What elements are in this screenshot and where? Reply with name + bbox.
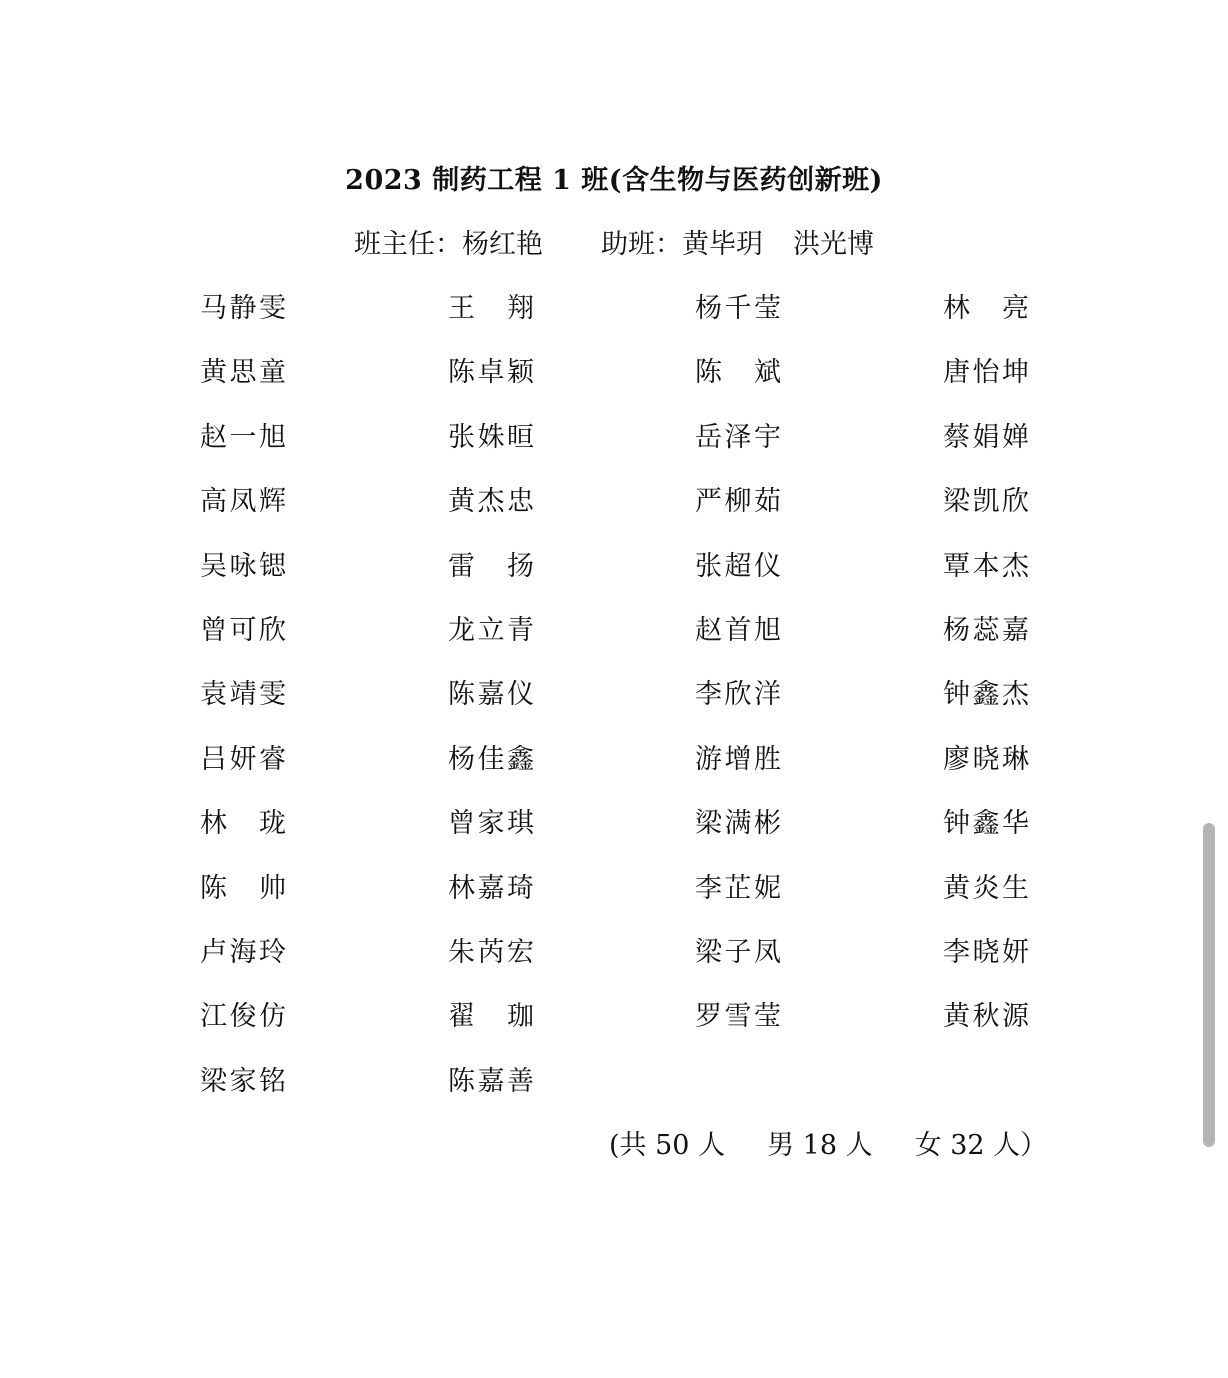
roster-row: 黄思童 陈卓颖 陈斌 唐怡坤 <box>200 354 1040 418</box>
student-name: 游增胜 <box>695 741 781 779</box>
summary-close-paren: ） <box>1020 1130 1047 1161</box>
student-name: 林亮 <box>943 290 1029 328</box>
head-teacher-label: 班主任： <box>354 229 462 260</box>
student-name: 林珑 <box>200 805 286 843</box>
student-name: 袁靖雯 <box>200 676 286 714</box>
student-name: 梁家铭 <box>200 1063 286 1101</box>
student-name: 蔡娟婵 <box>943 419 1029 457</box>
student-name: 黄思童 <box>200 354 286 392</box>
student-name: 龙立青 <box>448 612 534 650</box>
student-name: 陈嘉仪 <box>448 676 534 714</box>
student-name: 覃本杰 <box>943 548 1029 586</box>
roster-row: 马静雯 王翔 杨千莹 林亮 <box>200 290 1040 354</box>
student-name: 曾可欣 <box>200 612 286 650</box>
student-name: 廖晓琳 <box>943 741 1029 779</box>
student-name: 高凤辉 <box>200 483 286 521</box>
student-name: 罗雪莹 <box>695 998 781 1036</box>
student-name: 陈斌 <box>695 354 781 392</box>
student-name: 马静雯 <box>200 290 286 328</box>
student-name: 赵一旭 <box>200 419 286 457</box>
student-name: 朱芮宏 <box>448 934 534 972</box>
roster-row: 赵一旭 张姝晅 岳泽宇 蔡娟婵 <box>200 419 1040 483</box>
student-name: 岳泽宇 <box>695 419 781 457</box>
student-name: 严柳茹 <box>695 483 781 521</box>
student-name: 梁满彬 <box>695 805 781 843</box>
roster-row: 卢海玲 朱芮宏 梁子凤 李晓妍 <box>200 934 1040 998</box>
student-name: 唐怡坤 <box>943 354 1029 392</box>
student-name: 陈帅 <box>200 870 286 908</box>
student-name: 张姝晅 <box>448 419 534 457</box>
student-name: 黄炎生 <box>943 870 1029 908</box>
student-name: 王翔 <box>448 290 534 328</box>
student-name: 钟鑫杰 <box>943 676 1029 714</box>
student-name: 翟珈 <box>448 998 534 1036</box>
roster-row: 高凤辉 黄杰忠 严柳茹 梁凯欣 <box>200 483 1040 547</box>
student-name: 黄秋源 <box>943 998 1029 1036</box>
assistant-name-1: 黄毕玥 <box>682 229 763 260</box>
summary-total: 共 50 人 <box>620 1130 726 1161</box>
student-name: 李芷妮 <box>695 870 781 908</box>
student-name: 杨蕊嘉 <box>943 612 1029 650</box>
summary-male: 男 18 人 <box>767 1130 873 1161</box>
student-name: 张超仪 <box>695 548 781 586</box>
student-roster: 马静雯 王翔 杨千莹 林亮 黄思童 陈卓颖 陈斌 唐怡坤 赵一旭 张姝晅 岳泽宇… <box>200 290 1040 1127</box>
roster-row: 曾可欣 龙立青 赵首旭 杨蕊嘉 <box>200 612 1040 676</box>
roster-row: 吕妍睿 杨佳鑫 游增胜 廖晓琳 <box>200 741 1040 805</box>
student-name: 赵首旭 <box>695 612 781 650</box>
document-title: 2023 制药工程 1 班(含生物与医药创新班) <box>0 162 1228 200</box>
student-name: 林嘉琦 <box>448 870 534 908</box>
student-name: 钟鑫华 <box>943 805 1029 843</box>
student-name: 杨佳鑫 <box>448 741 534 779</box>
summary-open-paren: ( <box>609 1130 620 1161</box>
assistant-name-2: 洪光博 <box>793 229 874 260</box>
roster-row: 林珑 曾家琪 梁满彬 钟鑫华 <box>200 805 1040 869</box>
student-name: 卢海玲 <box>200 934 286 972</box>
roster-row: 袁靖雯 陈嘉仪 李欣洋 钟鑫杰 <box>200 676 1040 740</box>
head-teacher-name: 杨红艳 <box>462 229 543 260</box>
roster-row: 梁家铭 陈嘉善 <box>200 1063 1040 1127</box>
student-name: 江俊仿 <box>200 998 286 1036</box>
class-summary: (共 50 人男 18 人女 32 人） <box>609 1127 1047 1165</box>
student-name: 梁凯欣 <box>943 483 1029 521</box>
summary-female: 女 32 人 <box>915 1130 1021 1161</box>
assistant-label: 助班： <box>601 229 682 260</box>
student-name: 梁子凤 <box>695 934 781 972</box>
student-name: 吕妍睿 <box>200 741 286 779</box>
roster-row: 陈帅 林嘉琦 李芷妮 黄炎生 <box>200 870 1040 934</box>
student-name: 陈嘉善 <box>448 1063 534 1101</box>
student-name: 李晓妍 <box>943 934 1029 972</box>
document-page: 2023 制药工程 1 班(含生物与医药创新班) 班主任：杨红艳助班：黄毕玥洪光… <box>0 0 1228 1378</box>
student-name: 曾家琪 <box>448 805 534 843</box>
vertical-scrollbar-thumb[interactable] <box>1203 823 1215 1147</box>
student-name: 吴咏锶 <box>200 548 286 586</box>
staff-line: 班主任：杨红艳助班：黄毕玥洪光博 <box>0 226 1228 264</box>
roster-row: 江俊仿 翟珈 罗雪莹 黄秋源 <box>200 998 1040 1062</box>
student-name: 黄杰忠 <box>448 483 534 521</box>
student-name: 陈卓颖 <box>448 354 534 392</box>
student-name: 李欣洋 <box>695 676 781 714</box>
roster-row: 吴咏锶 雷扬 张超仪 覃本杰 <box>200 548 1040 612</box>
student-name: 杨千莹 <box>695 290 781 328</box>
student-name: 雷扬 <box>448 548 534 586</box>
